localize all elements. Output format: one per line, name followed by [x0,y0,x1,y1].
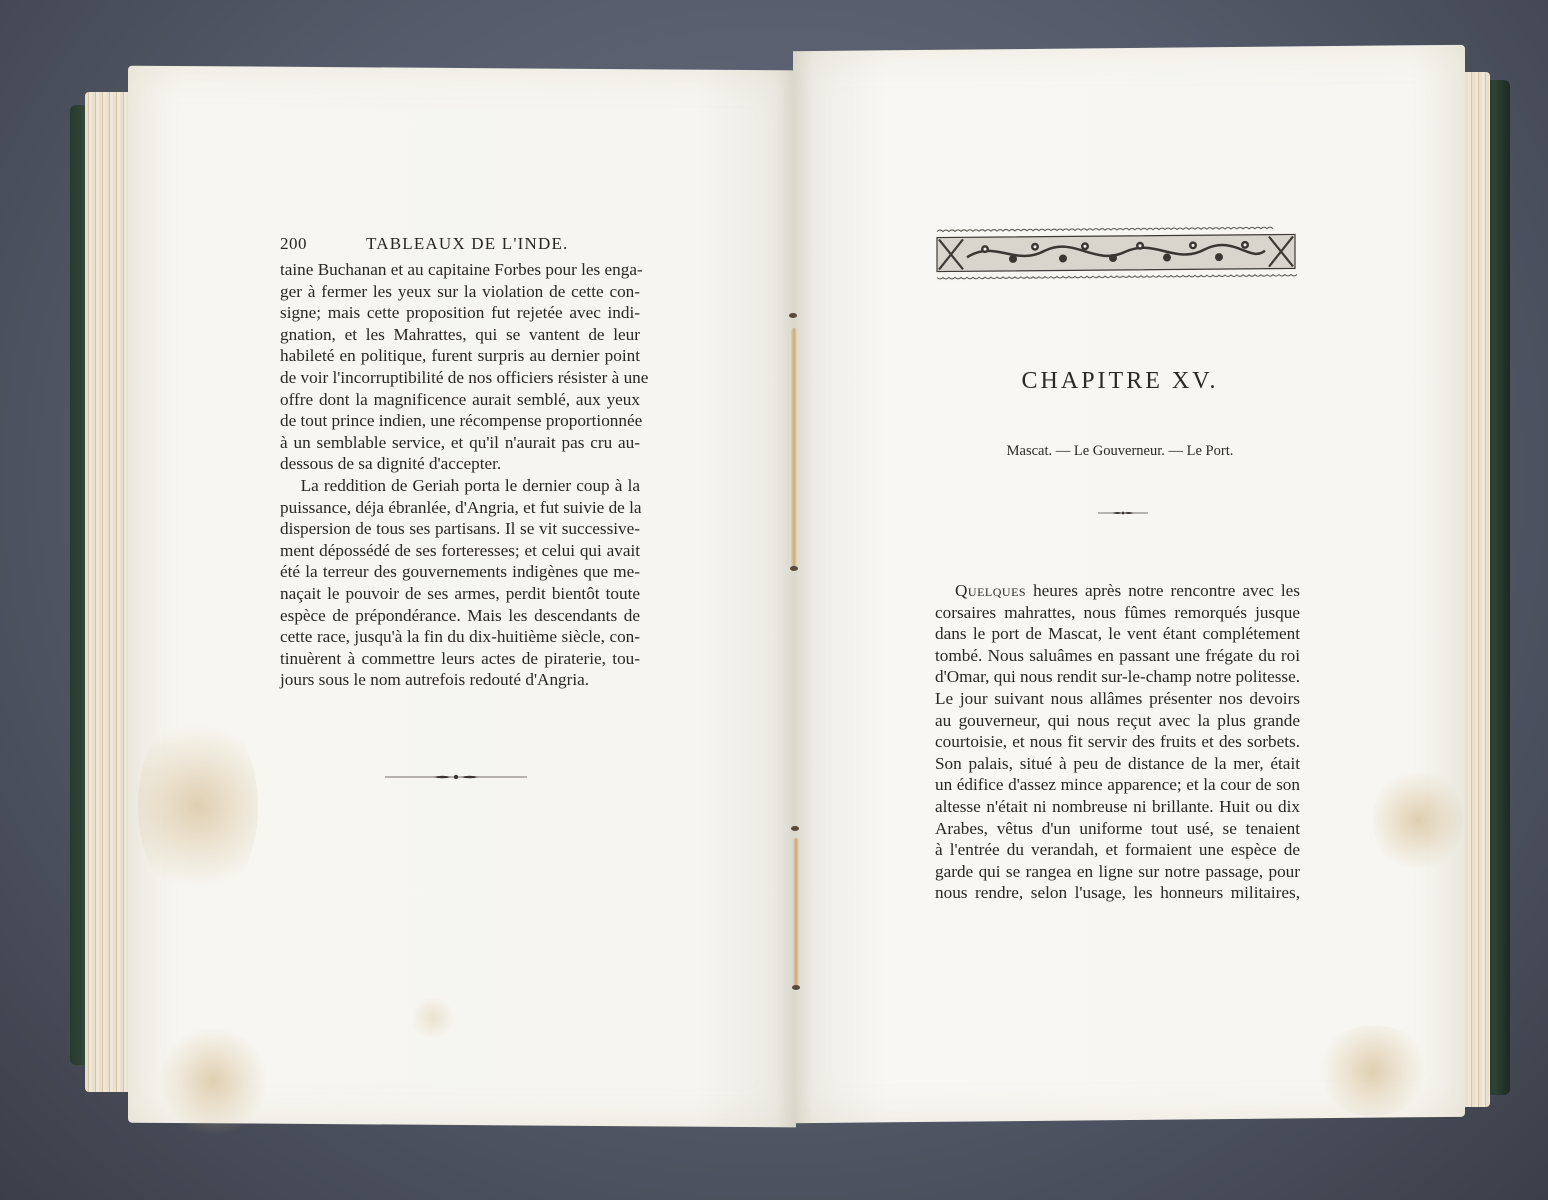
text-line: ger à fermer les yeux sur la violation d… [280,281,640,303]
text-line: un édifice d'assez mince apparence; et l… [935,774,1300,796]
text-line: ment dépossédé de ses forteresses; et ce… [280,540,640,562]
chapter-divider [1098,510,1148,516]
foxing-stain [1313,1025,1433,1116]
opening-word: Quelques [955,581,1026,600]
text-line: altesse n'était ni nombreuse ni brillant… [935,796,1300,818]
text-line: offre dont la magnificence aurait semblé… [280,389,640,411]
foxing-stain [158,1026,268,1137]
open-book: 200TABLEAUX DE L'INDE. taine Buchanan et… [0,0,1548,1200]
text-line: naçait le pouvoir de ses armes, perdit b… [280,583,640,605]
text-line: La reddition de Geriah porta le dernier … [280,475,640,497]
text-line: au gouverneur, qui nous reçut avec la pl… [935,710,1300,732]
text-line: dessous de sa dignité d'accepter. [280,453,640,475]
text-line: nous rendre, selon l'usage, les honneurs… [935,882,1300,904]
text-line-first: Quelques heures après notre rencontre av… [935,580,1300,602]
foxing-stain [408,998,458,1038]
text-line: Le jour suivant nous allâmes présenter n… [935,688,1300,710]
text-line: à un semblable service, et qu'il n'aurai… [280,432,640,454]
text-line: corsaires mahrattes, nous fûmes remorqué… [935,602,1300,624]
text-line: taine Buchanan et au capitaine Forbes po… [280,259,640,281]
running-head: 200TABLEAUX DE L'INDE. [280,234,580,254]
binding-thread [791,328,797,568]
foxing-stain [138,706,258,907]
text-line: puissance, déja ébranlée, d'Angria, et f… [280,497,640,519]
binding-thread-hole [790,566,798,571]
text-line: de tout prince indien, une récompense pr… [280,410,640,432]
text-line: signe; mais cette proposition fut rejeté… [280,302,640,324]
text-line: dans le port de Mascat, le vent étant co… [935,623,1300,645]
running-title: TABLEAUX DE L'INDE. [366,234,569,253]
text-line: habileté en politique, furent surpris au… [280,345,640,367]
binding-thread-hole [792,985,800,990]
text-line: dispersion de tous ses partisans. Il se … [280,518,640,540]
text-line: garde qui se rangea en ligne sur notre p… [935,861,1300,883]
left-page-body: taine Buchanan et au capitaine Forbes po… [280,259,640,691]
text-line: tinuèrent à commettre leurs actes de pir… [280,648,640,670]
binding-thread-hole [789,313,797,318]
chapter-title: CHAPITRE XV. [960,368,1280,395]
text-line: été la terreur des gouvernements indigèn… [280,561,640,583]
binding-thread-hole [791,826,799,831]
text-line: tombé. Nous saluâmes en passant une frég… [935,645,1300,667]
text-line: cette race, jusqu'à la fin du dix-huitiè… [280,626,640,648]
binding-thread [793,838,799,988]
text-line: Arabes, vêtus d'un uniforme tout usé, se… [935,818,1300,840]
page-number: 200 [280,234,366,254]
foxing-stain [1373,765,1463,876]
text-line: d'Omar, qui nous rendit sur-le-champ not… [935,666,1300,688]
chapter-ornament-band [935,224,1297,281]
right-page-body: Quelques heures après notre rencontre av… [935,580,1300,904]
text-line: Son palais, situé à peu de distance de l… [935,753,1300,775]
text-line: courtoisie, et nous fit servir des fruit… [935,731,1300,753]
text-line: gnation, et les Mahrattes, qui se vanten… [280,324,640,346]
first-line-text: heures après notre rencontre avec les [1026,581,1300,600]
text-line: espèce de prépondérance. Mais les descen… [280,605,640,627]
text-line: à l'entrée du verandah, et formaient une… [935,839,1300,861]
chapter-subtitle: Mascat. — Le Gouverneur. — Le Port. [960,443,1280,460]
end-ornament-divider [385,774,527,780]
text-line: de voir l'incorruptibilité de nos offici… [280,367,640,389]
text-line: jours sous le nom autrefois redouté d'An… [280,669,640,691]
